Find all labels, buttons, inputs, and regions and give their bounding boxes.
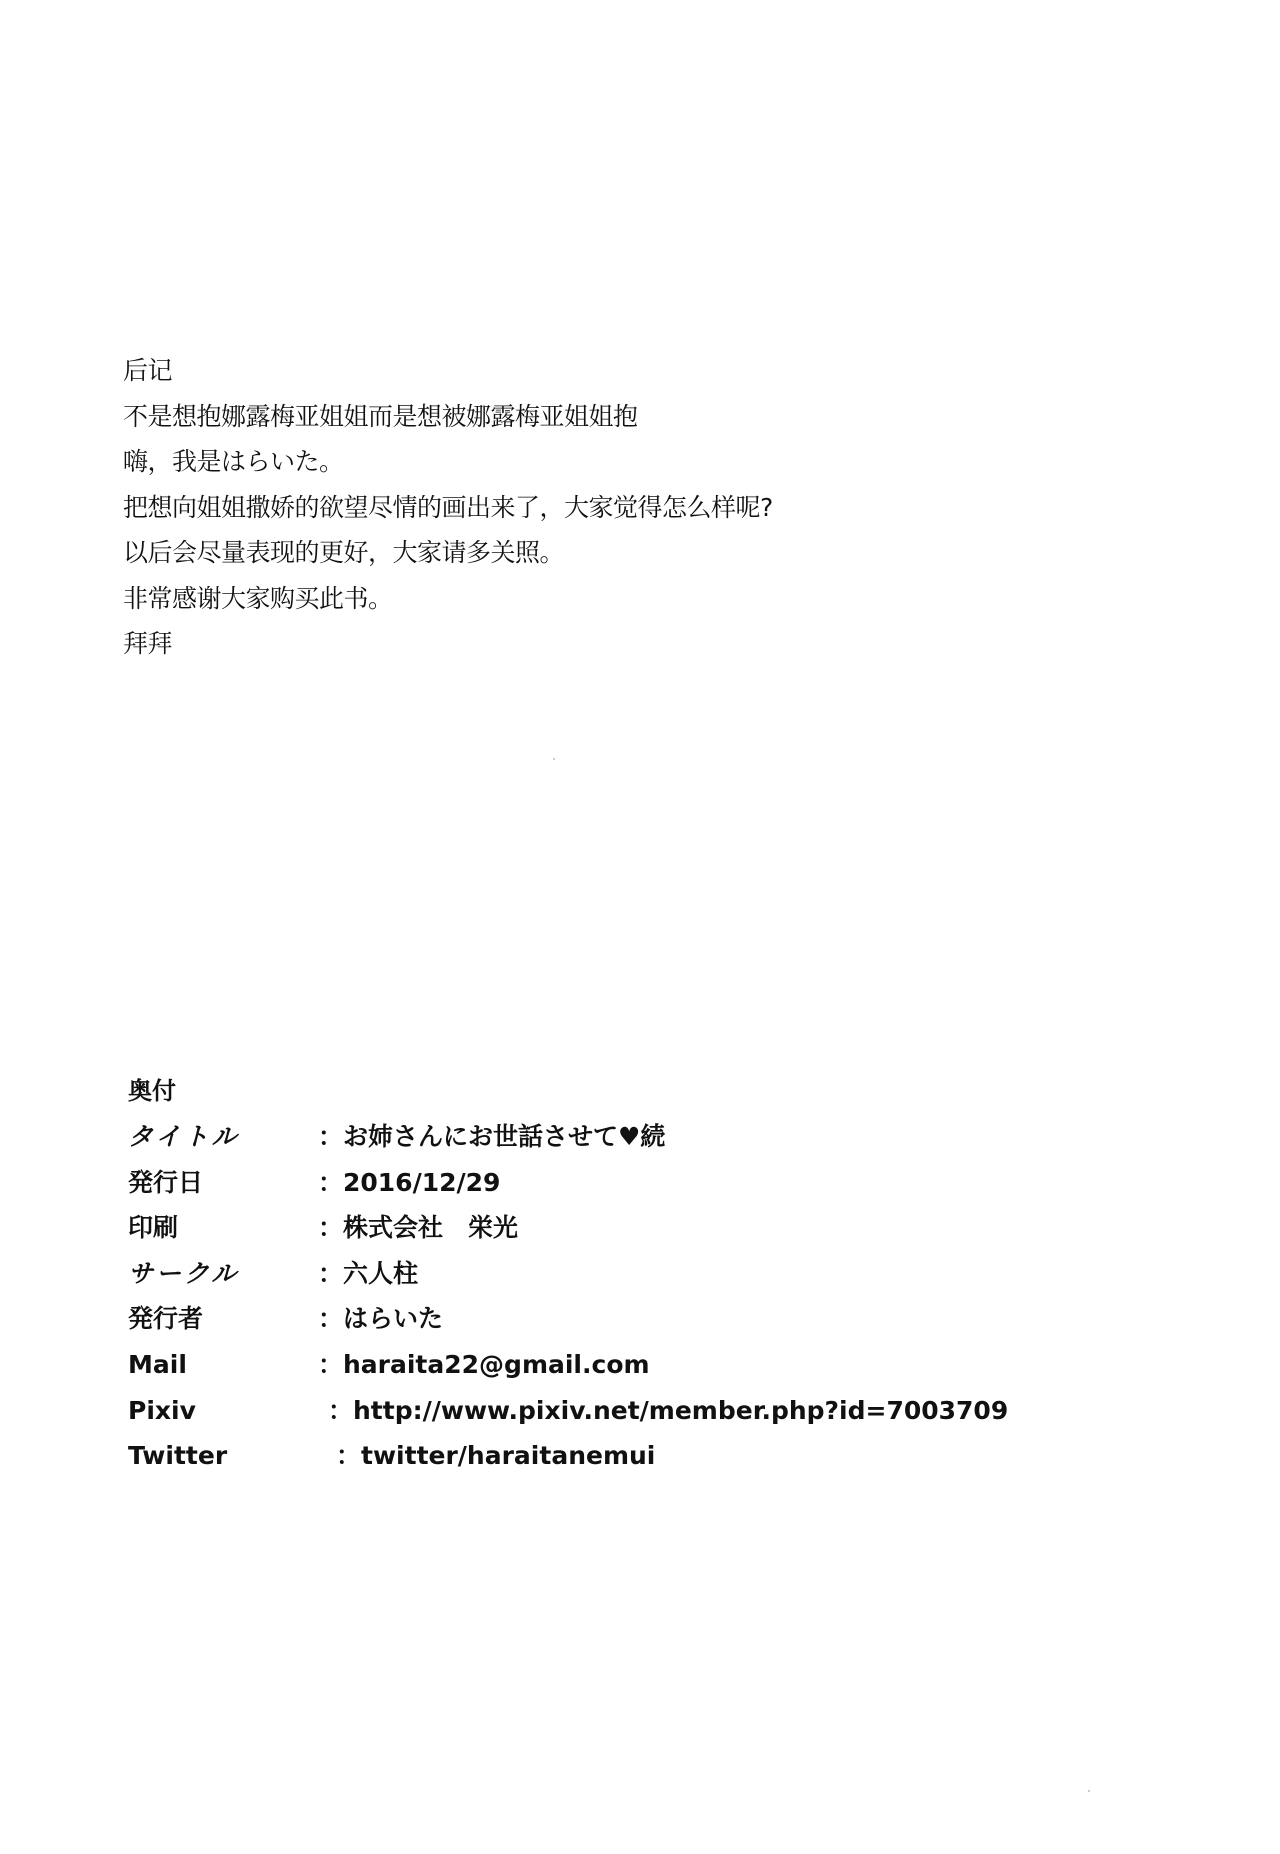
colophon-row-printer: 印刷 ：株式会社 栄光: [128, 1211, 176, 1257]
row-label: サークル: [128, 1257, 239, 1291]
afterword-line: 以后会尽量表现的更好，大家请多关照。: [123, 530, 773, 576]
twitter-link[interactable]: ：twitter/haraitanemui: [336, 1439, 655, 1473]
row-label: Twitter: [128, 1439, 227, 1473]
row-label: Mail: [128, 1348, 187, 1382]
row-value: ：六人柱: [318, 1257, 418, 1291]
row-value: ：haraita22@gmail.com: [318, 1348, 650, 1382]
afterword-section: 后记 不是想抱娜露梅亚姐姐而是想被娜露梅亚姐姐抱 嗨，我是はらいた。 把想向姐姐…: [123, 348, 773, 667]
colophon-row-twitter: Twitter ：twitter/haraitanemui: [128, 1439, 176, 1485]
pixiv-link[interactable]: ：http://www.pixiv.net/member.php?id=7003…: [328, 1394, 1008, 1428]
afterword-line: 不是想抱娜露梅亚姐姐而是想被娜露梅亚姐姐抱: [123, 394, 773, 440]
colophon-row-publisher: 発行者 ：はらいた: [128, 1302, 176, 1348]
colophon-row-mail: Mail ：haraita22@gmail.com: [128, 1348, 176, 1394]
row-label: 印刷: [128, 1211, 178, 1245]
row-label: Pixiv: [128, 1394, 196, 1428]
colophon-row-pixiv: Pixiv ：http://www.pixiv.net/member.php?i…: [128, 1394, 176, 1440]
colophon-row-date: 発行日 ：2016/12/29: [128, 1166, 176, 1212]
colophon-section: 奥付 タイトル ：お姉さんにお世話させて♥続 発行日 ：2016/12/29 印…: [128, 1074, 176, 1485]
row-label: 発行日: [128, 1166, 203, 1200]
row-value: ：お姉さんにお世話させて♥続: [318, 1120, 665, 1154]
scan-speck: [553, 758, 555, 760]
afterword-line: 把想向姐姐撒娇的欲望尽情的画出来了，大家觉得怎么样呢?: [123, 485, 773, 531]
scan-speck: [1088, 1790, 1090, 1792]
afterword-line: 非常感谢大家购买此书。: [123, 576, 773, 622]
row-value: ：はらいた: [318, 1302, 443, 1336]
row-value: ：株式会社 栄光: [318, 1211, 518, 1245]
afterword-line: 嗨，我是はらいた。: [123, 439, 773, 485]
afterword-title: 后记: [123, 348, 773, 394]
colophon-row-circle: サークル ：六人柱: [128, 1257, 176, 1303]
row-value: ：2016/12/29: [318, 1166, 500, 1200]
row-label: タイトル: [128, 1120, 240, 1154]
afterword-line: 拜拜: [123, 621, 773, 667]
colophon-row-title: タイトル ：お姉さんにお世話させて♥続: [128, 1120, 176, 1166]
row-label: 発行者: [128, 1302, 203, 1336]
colophon-heading: 奥付: [128, 1074, 176, 1120]
